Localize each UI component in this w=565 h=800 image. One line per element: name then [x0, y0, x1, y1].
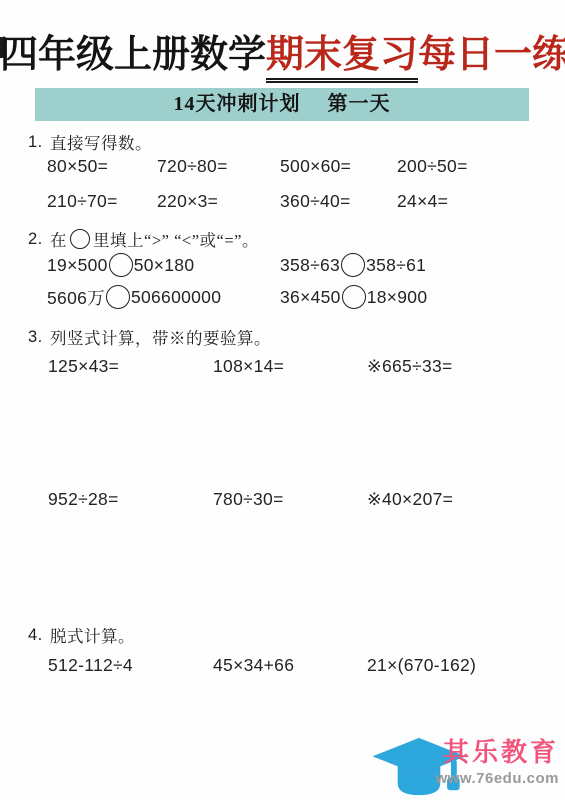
q1-row-1: 80×50= 720÷80= 500×60= 200÷50=: [47, 156, 559, 177]
section-1-number: 1.: [28, 133, 50, 152]
answer-circle: [342, 285, 366, 309]
left-expression: 19×500: [47, 255, 108, 276]
comparison-item: 19×50050×180: [47, 253, 280, 277]
expression: 360÷40=: [280, 191, 397, 212]
section-3-title: 列竖式计算，带※的要验算。: [50, 325, 271, 349]
expression: 952÷28=: [48, 489, 213, 510]
expression: 108×14=: [213, 356, 367, 377]
worksheet-page: 四年级上册数学期末复习每日一练 14天冲刺计划 第一天 1. 直接写得数。 80…: [0, 0, 565, 800]
expression: 21×(670-162): [367, 655, 559, 676]
section-1-title: 直接写得数。: [50, 130, 152, 154]
expression: 80×50=: [47, 156, 157, 177]
logo-name: 其乐教育: [436, 739, 559, 768]
title-course: 四年级上册数学: [0, 34, 266, 76]
left-expression: 36×450: [280, 287, 341, 308]
right-expression: 18×900: [367, 287, 428, 308]
q3-row-2: 952÷28= 780÷30= ※40×207=: [48, 489, 559, 510]
title-topic-tail: 每日一练: [418, 34, 565, 76]
q3-row-1: 125×43= 108×14= ※665÷33=: [48, 356, 559, 377]
logo-text-block: 其乐教育 www.76edu.com: [436, 739, 559, 787]
expression: ※665÷33=: [367, 356, 559, 377]
section-1-heading: 1. 直接写得数。: [28, 130, 555, 154]
expression: 720÷80=: [157, 156, 280, 177]
right-expression: 506600000: [131, 287, 221, 308]
expression: 24×4=: [397, 191, 559, 212]
section-4-title: 脱式计算。: [50, 623, 135, 647]
q2-row-2: 5606万506600000 36×45018×900: [47, 284, 559, 310]
section-4-number: 4.: [28, 626, 50, 645]
q4-row-1: 512-112÷4 45×34+66 21×(670-162): [48, 655, 559, 676]
expression: 125×43=: [48, 356, 213, 377]
title-topic-underlined: 期末复习: [266, 34, 418, 83]
answer-circle: [341, 253, 365, 277]
section-2-title-post: 里填上“>” “<”或“=”。: [93, 227, 259, 251]
page-title: 四年级上册数学期末复习每日一练: [0, 33, 565, 79]
comparison-item: 358÷63358÷61: [280, 253, 559, 277]
section-2-title: 在里填上“>” “<”或“=”。: [50, 227, 259, 251]
circle-placeholder-icon: [70, 229, 90, 249]
section-3-number: 3.: [28, 328, 50, 347]
section-3-heading: 3. 列竖式计算，带※的要验算。: [28, 325, 555, 349]
expression: 210÷70=: [47, 191, 157, 212]
q1-row-2: 210÷70= 220×3= 360÷40= 24×4=: [47, 191, 559, 212]
expression: 500×60=: [280, 156, 397, 177]
answer-circle: [109, 253, 133, 277]
right-expression: 358÷61: [366, 255, 426, 276]
expression: ※40×207=: [367, 489, 559, 510]
answer-circle: [106, 285, 130, 309]
left-expression: 5606万: [47, 285, 105, 310]
expression: 200÷50=: [397, 156, 559, 177]
section-2-heading: 2. 在里填上“>” “<”或“=”。: [28, 227, 555, 251]
comparison-item: 36×45018×900: [280, 285, 559, 309]
section-2-title-pre: 在: [50, 227, 67, 251]
right-expression: 50×180: [134, 255, 195, 276]
comparison-item: 5606万506600000: [47, 285, 280, 310]
section-4-heading: 4. 脱式计算。: [28, 623, 555, 647]
plan-banner: 14天冲刺计划 第一天: [35, 88, 529, 121]
expression: 512-112÷4: [48, 655, 213, 676]
expression: 45×34+66: [213, 655, 367, 676]
q2-row-1: 19×50050×180 358÷63358÷61: [47, 252, 559, 278]
expression: 220×3=: [157, 191, 280, 212]
section-2-number: 2.: [28, 230, 50, 249]
logo: 其乐教育 www.76edu.com: [355, 725, 565, 800]
left-expression: 358÷63: [280, 255, 340, 276]
logo-url: www.76edu.com: [436, 770, 559, 787]
expression: 780÷30=: [213, 489, 367, 510]
